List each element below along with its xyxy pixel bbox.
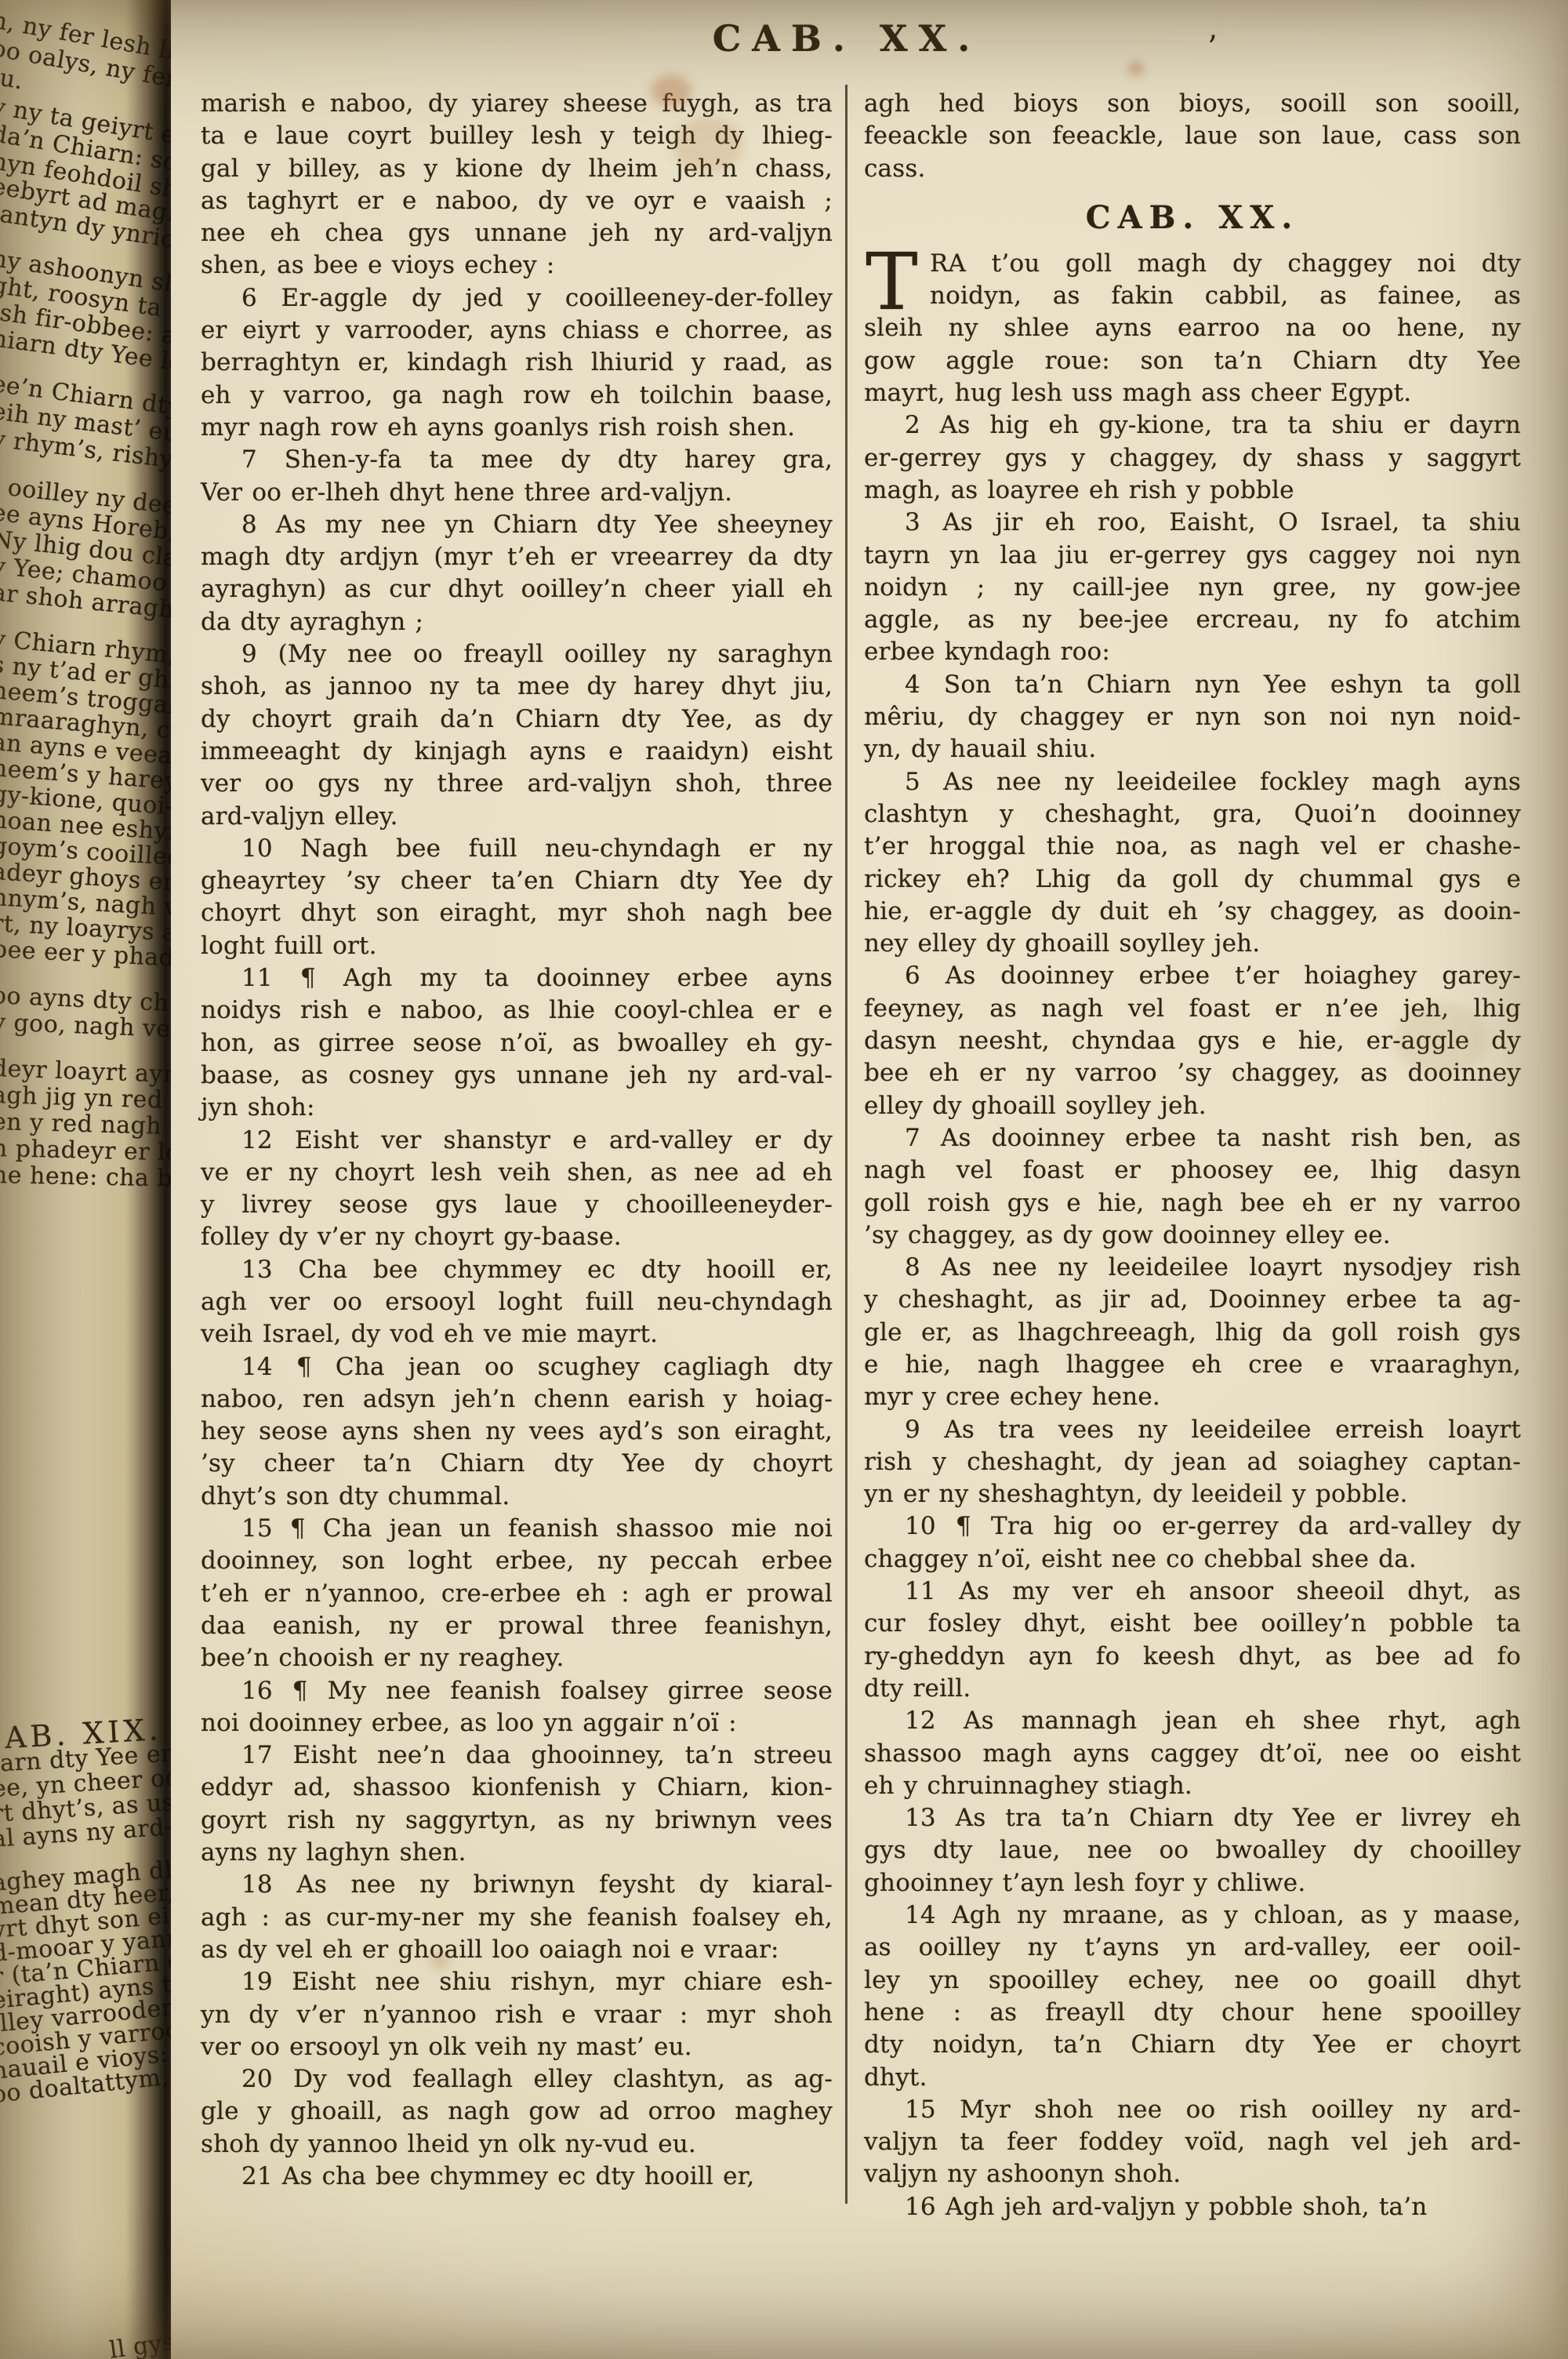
text-line: rish y cheshaght, dy jean ad soiaghey ca… [864, 1446, 1521, 1478]
text-line: t’eh er n’yannoo, cre-erbee eh : agh er … [201, 1578, 833, 1610]
text-line: dy choyrt graih da’n Chiarn dty Yee, as … [201, 703, 833, 736]
text-line: shen, as bee e vioys echey : [201, 249, 833, 282]
text-line: ard-valjyn elley. [201, 801, 833, 833]
book-page: CAB. XX. ’ marish e naboo, dy yiarey she… [171, 0, 1568, 2359]
text-line: rickey eh? Lhig da goll dy chummal gys e [864, 863, 1521, 896]
right-column: agh hed bioys son bioys, sooill son sooi… [864, 88, 1521, 2223]
text-line: ghooinney t’ayn lesh foyr y chliwe. [864, 1867, 1521, 1899]
text-line: as ooilley ny t’ayns yn ard-valley, eer … [864, 1932, 1521, 1964]
text-line: 15 Myr shoh nee oo rish ooilley ny ard- [864, 2094, 1521, 2126]
text-line: ney elley dy ghoaill soylley jeh. [864, 928, 1521, 960]
text-line: dooinney, son loght erbee, ny peccah erb… [201, 1545, 833, 1577]
text-line: goyrt rish ny saggyrtyn, as ny briwnyn v… [201, 1805, 833, 1837]
text-line: da dty ayraghyn ; [201, 606, 833, 638]
text-line: 18 As nee ny briwnyn feysht dy kiaral- [201, 1869, 833, 1901]
text-line: 7 Shen-y-fa ta mee dy dty harey gra, [201, 444, 833, 476]
text-line: dhyt’s son dty chummal. [201, 1481, 833, 1513]
text-line: RA t’ou goll magh dy chaggey noi dty [864, 248, 1521, 280]
text-line: e hie, nagh lhaggee eh cree e vraaraghyn… [864, 1349, 1521, 1381]
text-line: clashtyn y cheshaght, gra, Quoi’n dooinn… [864, 798, 1521, 831]
text-line: 8 As my nee yn Chiarn dty Yee sheeyney [201, 509, 833, 541]
text-line: eh y varroo, ga nagh row eh toilchin baa… [201, 380, 833, 412]
text-line: 6 As dooinney erbee t’er hoiaghey garey- [864, 960, 1521, 992]
text-line: noidyn, as fakin cabbil, as fainee, as [864, 280, 1521, 312]
text-line: 14 ¶ Cha jean oo scughey cagliagh dty [201, 1351, 833, 1383]
text-line: gheayrtey ’sy cheer ta’en Chiarn dty Yee… [201, 865, 833, 897]
text-line: jyn shoh: [201, 1092, 833, 1124]
text-line: ’sy chaggey, as dy gow dooinney elley ee… [864, 1219, 1521, 1252]
text-line: ’sy cheer ta’n Chiarn dty Yee dy choyrt [201, 1448, 833, 1480]
text-line: ver oo gys ny three ard-valjyn shoh, thr… [201, 768, 833, 800]
text-line: sleih ny shlee ayns earroo na oo hene, n… [864, 312, 1521, 344]
text-line: nagh vel foast er phoosey ee, lhig dasyn [864, 1154, 1521, 1187]
text-line: veih Israel, dy vod eh ve mie mayrt. [201, 1318, 833, 1350]
text-line: 11 ¶ Agh my ta dooinney erbee ayns [201, 962, 833, 994]
text-line: 12 As mannagh jean eh shee rhyt, agh [864, 1705, 1521, 1737]
text-line: ta e laue coyrt builley lesh y teigh dy … [201, 120, 833, 152]
text-line: tayrn yn laa jiu er-gerrey gys caggey no… [864, 540, 1521, 572]
text-line: mêriu, dy chaggey er nyn son noi nyn noi… [864, 701, 1521, 733]
chapter-heading: CAB. XX. [864, 193, 1521, 248]
text-line: folley dy v’er ny choyrt gy-baase. [201, 1221, 833, 1253]
text-line: ayns ny laghyn shen. [201, 1837, 833, 1869]
text-line: bee eh er ny varroo ’sy chaggey, as dooi… [864, 1057, 1521, 1089]
text-line: 13 Cha bee chymmey ec dty hooill er, [201, 1254, 833, 1286]
text-line: 11 As my ver eh ansoor sheeoil dhyt, as [864, 1576, 1521, 1608]
text-line: 13 As tra ta’n Chiarn dty Yee er livrey … [864, 1802, 1521, 1834]
text-line: as dy vel eh er ghoaill loo oaiagh noi e… [201, 1934, 833, 1966]
text-line: dhyt. [864, 2062, 1521, 2094]
text-line: myr nagh row eh ayns goanlys rish roish … [201, 412, 833, 444]
text-line: cur fosley dhyt, eisht bee ooilley’n pob… [864, 1608, 1521, 1640]
text-line: hey seose ayns shen ny vees ayd’s son ei… [201, 1416, 833, 1448]
text-line: daa eanish, ny er prowal three feanishyn… [201, 1610, 833, 1642]
text-line: magh, as loayree eh rish y pobble [864, 474, 1521, 507]
text-line: y livrey seose gys laue y chooilleeneyde… [201, 1189, 833, 1221]
text-line: 3 As jir eh roo, Eaisht, O Israel, ta sh… [864, 507, 1521, 539]
text-line: loght fuill ort. [201, 930, 833, 962]
text-line: ley yn spooilley echey, nee oo goaill dh… [864, 1965, 1521, 1997]
text-line: choyrt dhyt son eiraght, myr shoh nagh b… [201, 897, 833, 929]
text-line: hene : as freayll dty chour hene spooill… [864, 1997, 1521, 2029]
text-line: baase, as cosney gys unnane jeh ny ard-v… [201, 1060, 833, 1092]
text-line: berraghtyn er, kindagh rish lhiurid y ra… [201, 347, 833, 379]
text-line: valjyn ta feer foddey voïd, nagh vel jeh… [864, 2126, 1521, 2158]
text-line: 14 Agh ny mraane, as y chloan, as y maas… [864, 1899, 1521, 1932]
text-line: 9 (My nee oo freayll ooilley ny saraghyn [201, 638, 833, 671]
text-line: 17 Eisht nee’n daa ghooinney, ta’n stree… [201, 1739, 833, 1772]
text-line: nee eh chea gys unnane jeh ny ard-valjyn [201, 217, 833, 249]
left-column: marish e naboo, dy yiarey sheese fuygh, … [201, 88, 833, 2193]
edge-text-fragment: ne hene: cha bee [0, 1161, 171, 1193]
text-line: 16 ¶ My nee feanish foalsey girree seose [201, 1675, 833, 1707]
text-line: 21 As cha bee chymmey ec dty hooill er, [201, 2161, 833, 2193]
text-line: ry-gheddyn ayn fo keesh dhyt, as bee ad … [864, 1641, 1521, 1673]
text-line: elley dy ghoaill soylley jeh. [864, 1090, 1521, 1122]
text-line: noidys rish e naboo, as lhie cooyl-chlea… [201, 994, 833, 1027]
text-line: 10 ¶ Tra hig oo er-gerrey da ard-valley … [864, 1510, 1521, 1543]
text-line: immeeaght dy kinjagh ayns e raaidyn) eis… [201, 736, 833, 768]
text-line: noidyn ; ny caill-jee nyn gree, ny gow-j… [864, 572, 1521, 604]
text-line: hie, er-aggle dy duit eh ’sy chaggey, as… [864, 896, 1521, 928]
text-line: 16 Agh jeh ard-valjyn y pobble shoh, ta’… [864, 2191, 1521, 2223]
text-line: naboo, ren adsyn jeh’n chenn earish y ho… [201, 1383, 833, 1416]
text-line: 6 Er-aggle dy jed y cooilleeney-der-foll… [201, 282, 833, 314]
text-line: aggle, as ny bee-jee ercreau, ny fo atch… [864, 604, 1521, 636]
text-line: agh ver oo ersooyl loght fuill neu-chynd… [201, 1286, 833, 1318]
edge-text-fragment: iu. [0, 63, 25, 95]
text-line: yn er ny sheshaghtyn, dy leeideil y pobb… [864, 1478, 1521, 1510]
text-line: cass. [864, 153, 1521, 185]
text-line: as taghyrt er e naboo, dy ve oyr e vaais… [201, 185, 833, 217]
photographed-book-page: n, ny fer lesh lloo oalys, ny fer taiu.y… [0, 0, 1568, 2359]
text-line: magh dty ardjyn (myr t’eh er vreearrey d… [201, 541, 833, 573]
text-line: agh hed bioys son bioys, sooill son sooi… [864, 88, 1521, 120]
text-line: 20 Dy vod feallagh elley clashtyn, as ag… [201, 2063, 833, 2095]
text-line: ver oo ersooyl yn olk veih ny mast’ eu. [201, 2031, 833, 2063]
text-line: eh y chruinnaghey stiagh. [864, 1770, 1521, 1802]
text-line: 15 ¶ Cha jean un feanish shassoo mie noi [201, 1513, 833, 1545]
text-line: hon, as girree seose n’oï, as bwoalley e… [201, 1027, 833, 1060]
text-line: mayrt, hug lesh uss magh ass cheer Egypt… [864, 377, 1521, 409]
text-line: 12 Eisht ver shanstyr e ard-valley er dy [201, 1125, 833, 1157]
column-divider [845, 85, 848, 2204]
left-page-edge: n, ny fer lesh lloo oalys, ny fer taiu.y… [0, 0, 171, 2359]
text-line: 7 As dooinney erbee ta nasht rish ben, a… [864, 1122, 1521, 1154]
text-line: 2 As hig eh gy-kione, tra ta shiu er day… [864, 409, 1521, 442]
text-line: 4 Son ta’n Chiarn nyn Yee eshyn ta goll [864, 669, 1521, 701]
text-line: er-gerrey gys y chaggey, dy shass y sagg… [864, 442, 1521, 474]
ink-mark: ’ [1207, 30, 1218, 66]
text-line: eddyr ad, shassoo kionfenish y Chiarn, k… [201, 1772, 833, 1804]
text-line: t’er hroggal thie noa, as nagh vel er ch… [864, 831, 1521, 863]
page-header: CAB. XX. [713, 17, 982, 60]
text-line: valjyn ny ashoonyn shoh. [864, 2158, 1521, 2190]
drop-cap: T [866, 251, 918, 314]
text-line: 10 Nagh bee fuill neu-chyndagh er ny [201, 833, 833, 865]
text-line: chaggey n’oï, eisht nee co chebbal shee … [864, 1543, 1521, 1576]
text-line: feeackle son feeackle, laue son laue, ca… [864, 120, 1521, 152]
text-line: ayraghyn) as cur dhyt ooilley’n cheer yi… [201, 573, 833, 605]
text-line: marish e naboo, dy yiarey sheese fuygh, … [201, 88, 833, 120]
text-line: shoh dy yannoo lheid yn olk ny-vud eu. [201, 2128, 833, 2161]
text-line: gow aggle roue: son ta’n Chiarn dty Yee [864, 345, 1521, 377]
text-line: 8 As nee ny leeideilee loayrt nysodjey r… [864, 1252, 1521, 1284]
text-line: Ver oo er-lheh dhyt hene three ard-valjy… [201, 477, 833, 509]
text-line: 5 As nee ny leeideilee fockley magh ayns [864, 766, 1521, 798]
verse-1-dropcap-block: TRA t’ou goll magh dy chaggey noi dtynoi… [864, 248, 1521, 313]
text-line: ve er ny choyrt lesh veih shen, as nee a… [201, 1157, 833, 1189]
text-line: yn, dy hauail shiu. [864, 733, 1521, 765]
text-line: y cheshaght, as jir ad, Dooinney erbee t… [864, 1284, 1521, 1316]
edge-text-fragment: ll gys [108, 2328, 171, 2359]
text-line: dty noidyn, ta’n Chiarn dty Yee er choyr… [864, 2029, 1521, 2061]
text-line: feeyney, as nagh vel foast er n’ee jeh, … [864, 993, 1521, 1025]
text-line: dty reill. [864, 1673, 1521, 1705]
text-line: erbee kyndagh roo: [864, 636, 1521, 668]
text-line: er eiyrt y varrooder, ayns chiass e chor… [201, 314, 833, 347]
text-line: gys dty laue, nee oo bwoalley dy chooill… [864, 1834, 1521, 1866]
text-line: bee’n chooish er ny reaghey. [201, 1642, 833, 1674]
text-line: agh : as cur-my-ner my she feanish foals… [201, 1902, 833, 1934]
text-line: gle er, as lhagchreeagh, lhig da goll ro… [864, 1317, 1521, 1349]
text-line: yn dy v’er n’yannoo rish e vraar : myr s… [201, 1999, 833, 2031]
text-line: myr y cree echey hene. [864, 1381, 1521, 1413]
text-line: goll roish gys e hie, nagh bee eh er ny … [864, 1187, 1521, 1219]
text-line: 19 Eisht nee shiu rishyn, myr chiare esh… [201, 1966, 833, 1998]
text-line: gle y ghoaill, as nagh gow ad orroo magh… [201, 2095, 833, 2128]
text-line: dasyn neesht, chyndaa gys e hie, er-aggl… [864, 1025, 1521, 1057]
text-line: noi dooinney erbee, as loo yn aggair n’o… [201, 1707, 833, 1739]
text-line: gal y billey, as y kione dy lheim jeh’n … [201, 153, 833, 185]
text-line: shassoo magh ayns caggey dt’oï, nee oo e… [864, 1738, 1521, 1770]
paper-stain [1129, 63, 1143, 75]
text-line: shoh, as jannoo ny ta mee dy harey dhyt … [201, 671, 833, 703]
text-line: 9 As tra vees ny leeideilee erreish loay… [864, 1414, 1521, 1446]
